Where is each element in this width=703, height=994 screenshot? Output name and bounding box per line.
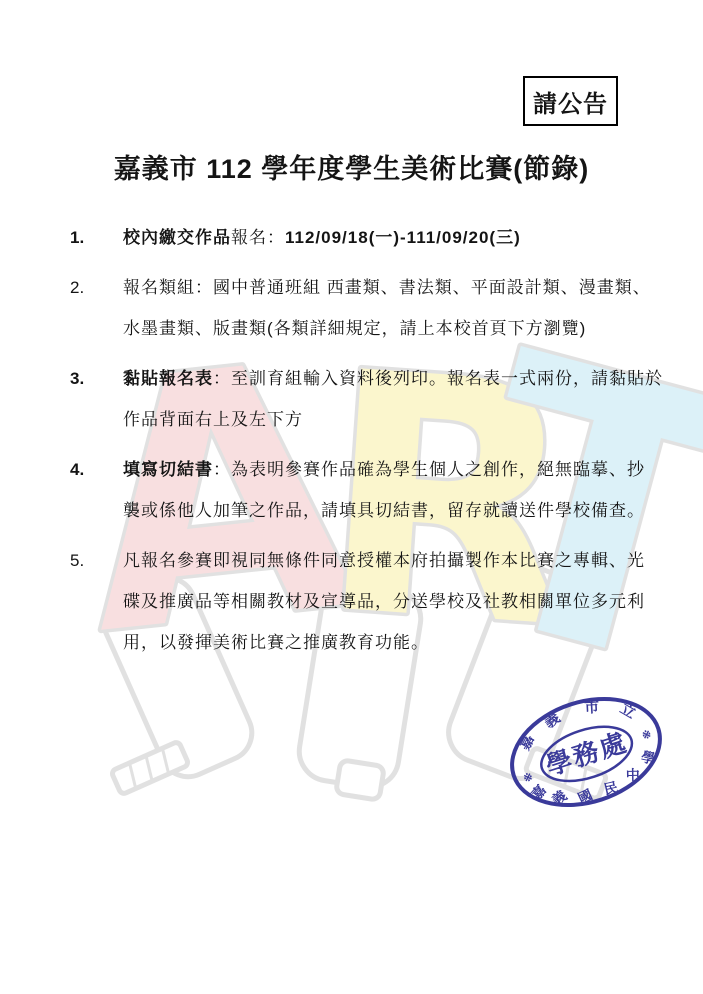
item-number: 1. — [70, 217, 84, 258]
notice-box: 請公告 — [523, 76, 618, 126]
seal-arc-top-char: 義 — [541, 709, 564, 732]
seal-center-text: 學務處 — [542, 728, 631, 782]
seal-arc-bottom-char: 學 — [639, 748, 657, 768]
item-text: 報名： — [231, 228, 285, 247]
school-office-seal: 學務處 嘉 義 市 立 ※ ※ 嘉 義 國 民 中 學 — [496, 688, 676, 816]
item-text: 襲或係他人加筆之作品，請填具切結書，留存就讀送件學校備查。 — [123, 501, 645, 520]
list-item: 3. 黏貼報名表：至訓育組輸入資料後列印。報名表一式兩份，請黏貼於 作品背面右上… — [0, 358, 703, 440]
item-text: 用，以發揮美術比賽之推廣教育功能。 — [123, 633, 429, 652]
seal-arc-bottom-char: 中 — [626, 767, 640, 784]
seal-arc-top-char: 嘉 — [516, 732, 538, 753]
item-lead: 填寫切結書 — [123, 460, 213, 479]
announcement-list: 1. 校內繳交作品報名：112/09/18(一)-111/09/20(三) 2.… — [0, 217, 703, 672]
list-item: 1. 校內繳交作品報名：112/09/18(一)-111/09/20(三) — [0, 217, 703, 258]
item-text: 報名類組：國中普通班組 西畫類、書法類、平面設計類、漫畫類、 — [123, 278, 651, 297]
item-lead: 黏貼報名表 — [123, 369, 213, 388]
seal-arc-top-char: 市 — [584, 698, 600, 717]
item-text: 作品背面右上及左下方 — [123, 410, 303, 429]
item-text: 水墨畫類、版畫類(各類詳細規定，請上本校首頁下方瀏覽) — [123, 319, 586, 338]
item-text: ：至訓育組輸入資料後列印。報名表一式兩份，請黏貼於 — [213, 369, 663, 388]
notice-label: 請公告 — [533, 84, 608, 119]
item-text: ：為表明參賽作品確為學生個人之創作，絕無臨摹、抄 — [213, 460, 645, 479]
item-number: 4. — [70, 449, 84, 490]
seal-arc-bottom-char: 嘉 — [528, 782, 550, 804]
item-number: 2. — [70, 267, 84, 308]
item-text: 碟及推廣品等相關教材及宣導品，分送學校及社教相關單位多元利 — [123, 592, 645, 611]
page-title: 嘉義市 112 學年度學生美術比賽(節錄) — [0, 147, 703, 186]
item-number: 3. — [70, 358, 84, 399]
paint-tube-nozzle — [336, 760, 385, 800]
document-page: A R T 請公告 嘉義市 112 學年度學生美術比賽(節錄) 1. 校內繳交作… — [0, 0, 703, 994]
list-item: 2. 報名類組：國中普通班組 西畫類、書法類、平面設計類、漫畫類、 水墨畫類、版… — [0, 267, 703, 349]
seal-decor-icon: ※ — [522, 771, 534, 785]
seal-arc-bottom-char: 民 — [602, 780, 619, 799]
list-item: 5. 凡報名參賽即視同無條件同意授權本府拍攝製作本比賽之專輯、光 碟及推廣品等相… — [0, 540, 703, 663]
item-lead: 校內繳交作品 — [123, 228, 231, 247]
seal-decor-icon: ※ — [641, 728, 653, 742]
list-item: 4. 填寫切結書：為表明參賽作品確為學生個人之創作，絕無臨摹、抄 襲或係他人加筆… — [0, 449, 703, 531]
seal-arc-top-char: 立 — [617, 699, 639, 722]
item-dates: 112/09/18(一)-111/09/20(三) — [285, 228, 521, 247]
item-number: 5. — [70, 540, 84, 581]
item-text: 凡報名參賽即視同無條件同意授權本府拍攝製作本比賽之專輯、光 — [123, 551, 645, 570]
